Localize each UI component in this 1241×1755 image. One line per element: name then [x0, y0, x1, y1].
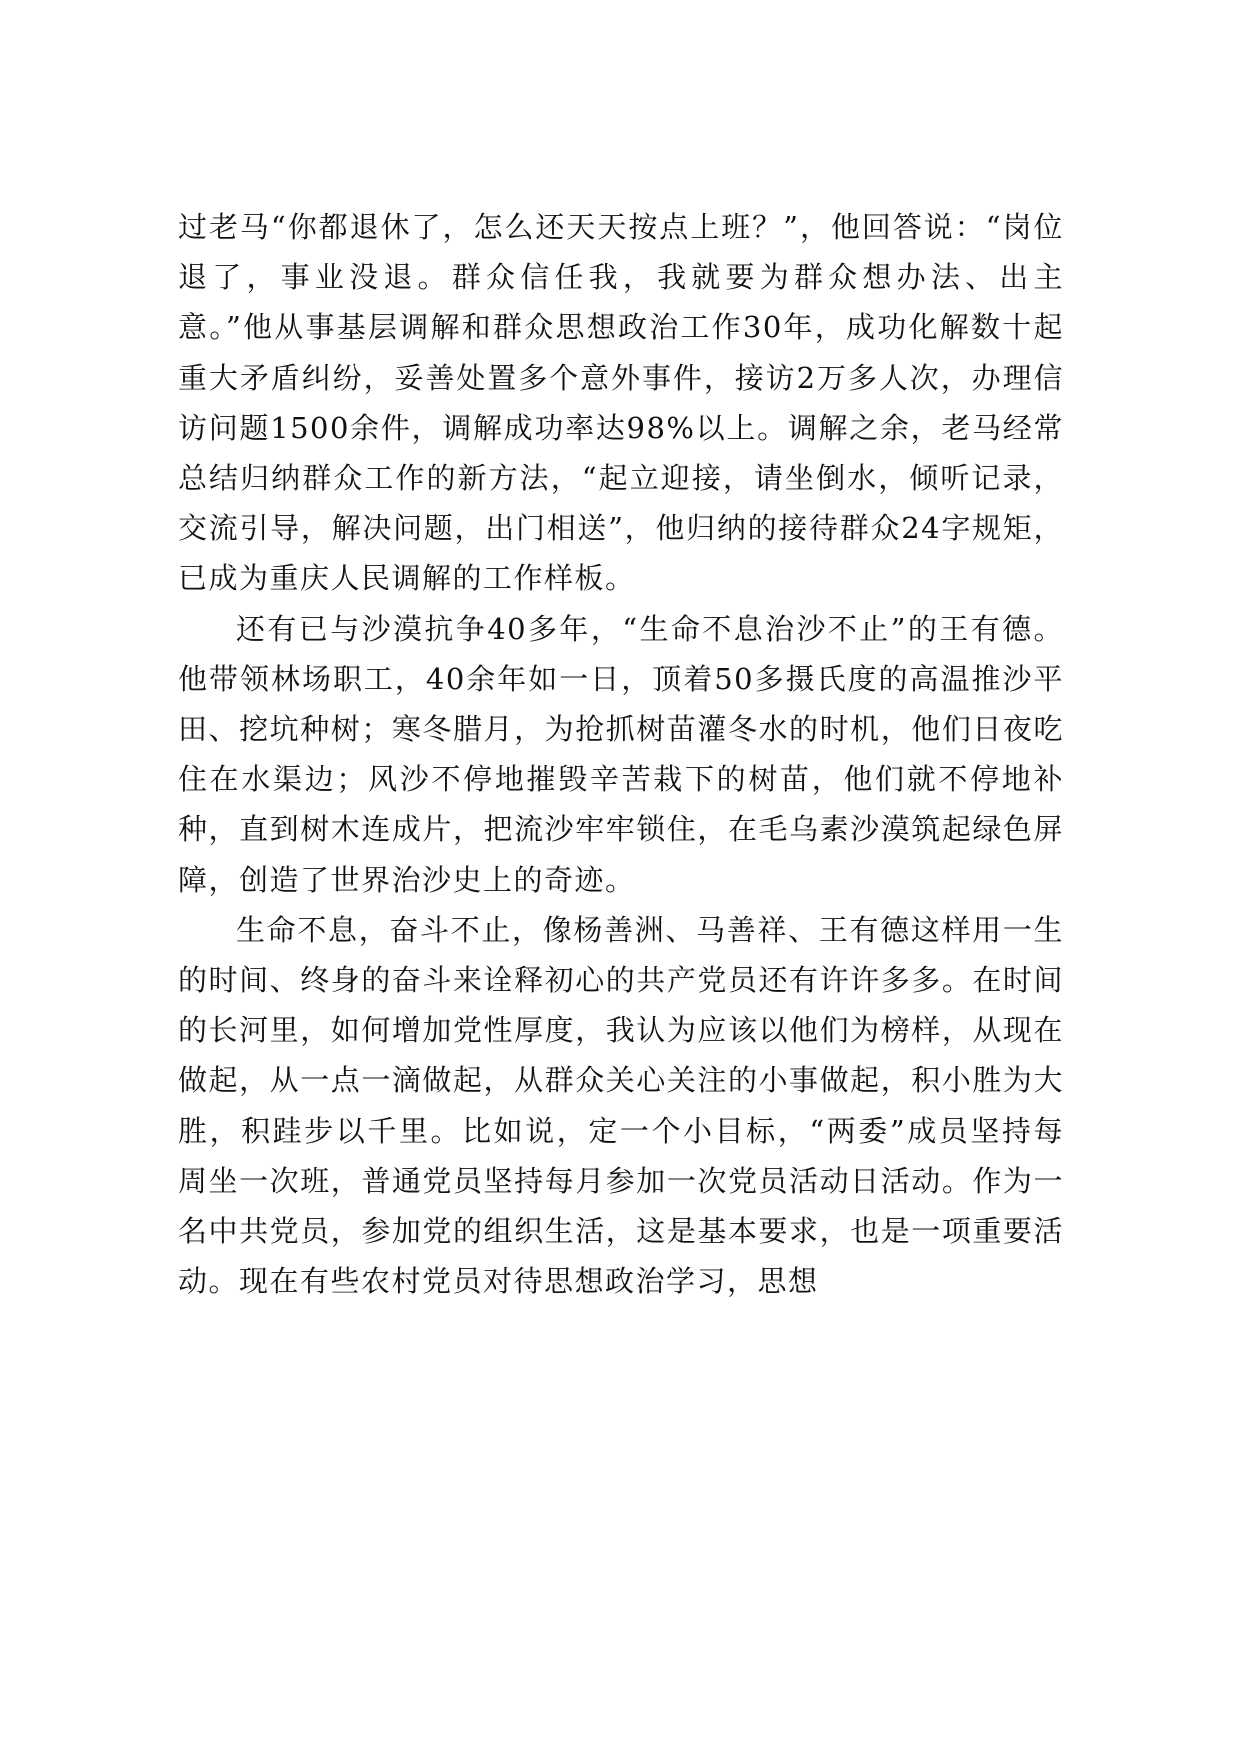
paragraph-continuation: 过老马“你都退休了，怎么还天天按点上班？”，他回答说：“岗位退了，事业没退。群众…	[178, 202, 1064, 604]
paragraph-wang-youde: 还有已与沙漠抗争40多年，“生命不息治沙不止”的王有德。他带领林场职工，40余年…	[178, 604, 1064, 905]
document-page: 过老马“你都退休了，怎么还天天按点上班？”，他回答说：“岗位退了，事业没退。群众…	[178, 202, 1064, 1306]
paragraph-conclusion: 生命不息，奋斗不止，像杨善洲、马善祥、王有德这样用一生的时间、终身的奋斗来诠释初…	[178, 905, 1064, 1307]
